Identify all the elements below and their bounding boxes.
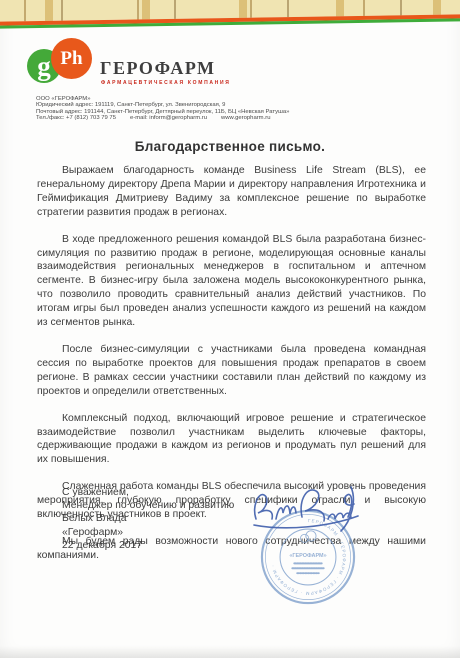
logo-ph-circle-icon: Ph <box>51 38 92 79</box>
handwritten-signature-icon <box>248 481 364 537</box>
paragraph-business-simulation: В ходе предложенного решения командой BL… <box>37 233 426 330</box>
signoff-name: Белых Влада <box>62 512 234 525</box>
paragraph-gratitude: Выражаем благодарность команде Business … <box>37 164 426 220</box>
company-tagline: ФАРМАЦЕВТИЧЕСКАЯ КОМПАНИЯ <box>101 80 231 86</box>
contact-phone-email-web: Тел./факс: +7 (812) 703 79 75e-mail: inf… <box>36 115 289 121</box>
logo-ph-letters: Ph <box>60 48 82 70</box>
signoff-company: «Герофарм» <box>62 526 234 539</box>
signoff-position: Менеджер по обучению и развитию <box>62 499 234 512</box>
contact-email: e-mail: inform@geropharm.ru <box>130 115 207 121</box>
signoff-regards: С уважением, <box>62 486 234 499</box>
contact-website: www.geropharm.ru <box>221 115 270 121</box>
company-name: ГЕРОФАРМ <box>100 58 216 79</box>
letter-page: g Ph ГЕРОФАРМ ФАРМАЦЕВТИЧЕСКАЯ КОМПАНИЯ … <box>0 0 460 658</box>
logo-g-letter: g <box>37 51 51 82</box>
signoff-date: 22 декабря 2017 <box>62 539 234 552</box>
paragraph-team-session: После бизнес-симуляции с участниками был… <box>37 343 426 399</box>
paragraph-complex-approach: Комплексный подход, включающий игровое р… <box>37 412 426 468</box>
contact-phone: Тел./факс: +7 (812) 703 79 75 <box>36 115 116 121</box>
signoff-block: С уважением, Менеджер по обучению и разв… <box>62 486 234 552</box>
photo-bottom-shadow <box>0 646 460 658</box>
stamp-center-text: «ГЕРОФАРМ» <box>289 553 326 559</box>
top-decorative-band <box>0 0 460 29</box>
letter-title: Благодарственное письмо. <box>0 139 460 154</box>
contact-block: ООО «ГЕРОФАРМ» Юридический адрес: 191119… <box>36 96 289 122</box>
